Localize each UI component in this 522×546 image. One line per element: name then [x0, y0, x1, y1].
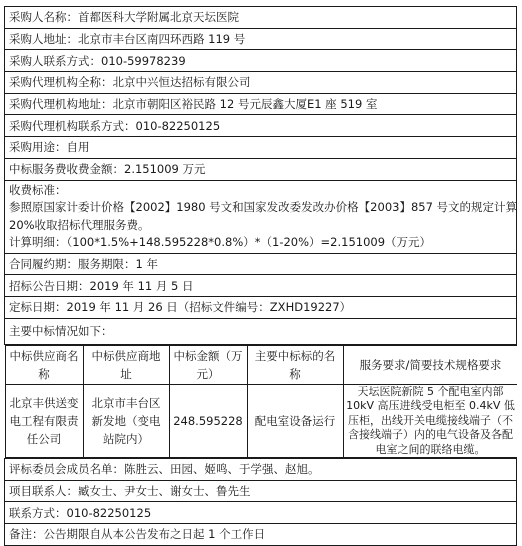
fee-calculation: 计算明细：（100*1.5%+148.595228*0.8%）*（1-20%）=…	[9, 234, 512, 252]
supplier-name: 北京丰供送变电工程有限责任公司	[5, 384, 83, 458]
header-supplier-name: 中标供应商名称	[5, 345, 83, 384]
purchaser-contact: 采购人联系方式：010-59978239	[5, 50, 517, 72]
award-date: 定标日期：2019 年 11 月 26 日（招标文件编号：ZXHD19227）	[5, 296, 517, 318]
service-fee-amount: 中标服务费收费金额：2.151009 万元	[5, 158, 517, 180]
award-table: 中标供应商名称 中标供应商地址 中标金额（万元） 主要中标标的名称 服务要求/简…	[5, 345, 517, 459]
service-requirements: 天坛医院新院 5 个配电室内部 10kV 高压进线受电柜至 0.4kV 低压柜，…	[343, 384, 517, 458]
announcement-date: 招标公告日期：2019 年 11 月 5 日	[5, 275, 517, 297]
agency-address: 采购代理机构地址：北京市朝阳区裕民路 12 号元辰鑫大厦E1 座 519 室	[5, 93, 517, 115]
remarks: 备注：公告期限自从本公告发布之日起 1 个工作日	[5, 524, 517, 546]
evaluation-committee: 评标委员会成员名单：陈胜云、田园、姬鸣、于学强、赵旭。	[5, 459, 517, 481]
header-service-requirements: 服务要求/简要技术规格要求	[343, 345, 517, 384]
award-summary-heading: 主要中标情况如下：	[5, 318, 517, 344]
fee-standard-text-line2: 20%收取招标代理服务费。	[9, 217, 512, 235]
project-contacts: 项目联系人：臧女士、尹女士、谢女士、鲁先生	[5, 480, 517, 502]
purchaser-address: 采购人地址：北京市丰台区南四环西路 119 号	[5, 28, 517, 50]
tender-result-document: 采购人名称：首都医科大学附属北京天坛医院 采购人地址：北京市丰台区南四环西路 1…	[4, 6, 517, 546]
purchaser-name: 采购人名称：首都医科大学附属北京天坛医院	[5, 7, 517, 29]
award-table-header: 中标供应商名称 中标供应商地址 中标金额（万元） 主要中标标的名称 服务要求/简…	[5, 345, 517, 384]
purchase-purpose: 采购用途：自用	[5, 137, 517, 159]
table-row: 北京丰供送变电工程有限责任公司 北京市丰台区新发地（变电站院内） 248.595…	[5, 384, 517, 458]
supplier-address: 北京市丰台区新发地（变电站院内）	[83, 384, 169, 458]
info-table: 采购人名称：首都医科大学附属北京天坛医院 采购人地址：北京市丰台区南四环西路 1…	[4, 6, 517, 546]
contact-phone: 联系方式：010-82250125	[5, 502, 517, 524]
award-subject: 配电室设备运行	[247, 384, 343, 458]
agency-name: 采购代理机构全称：北京中兴恒达招标有限公司	[5, 72, 517, 94]
award-table-wrapper: 中标供应商名称 中标供应商地址 中标金额（万元） 主要中标标的名称 服务要求/简…	[5, 344, 517, 459]
header-award-amount: 中标金额（万元）	[169, 345, 247, 384]
fee-standard-cell: 收费标准： 参照原国家计委计价格【2002】1980 号文和国家发改委发改办价格…	[5, 180, 517, 253]
fee-standard-text-line1: 参照原国家计委计价格【2002】1980 号文和国家发改委发改办价格【2003】…	[9, 199, 512, 217]
header-supplier-address: 中标供应商地址	[83, 345, 169, 384]
header-award-subject: 主要中标标的名称	[247, 345, 343, 384]
fee-standard-title: 收费标准：	[9, 182, 512, 200]
agency-contact: 采购代理机构联系方式：010-82250125	[5, 115, 517, 137]
award-amount: 248.595228	[169, 384, 247, 458]
contract-period: 合同履约期：服务期限：1 年	[5, 253, 517, 275]
